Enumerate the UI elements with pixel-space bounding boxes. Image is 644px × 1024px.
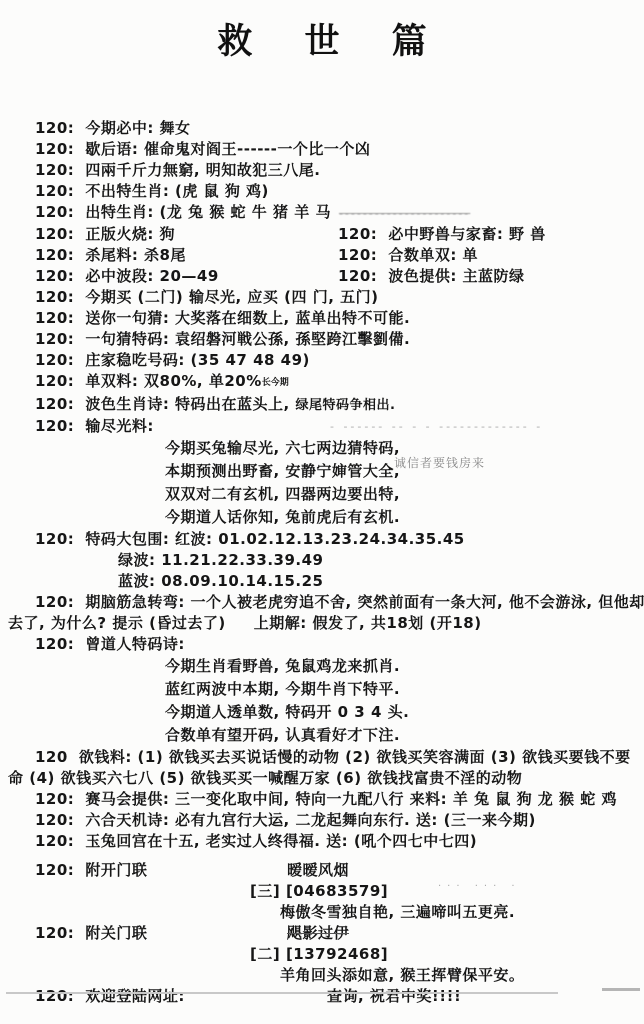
row-big-cover-blue: 蓝波: 08.09.10.14.15.25 [118, 571, 640, 592]
row-guess-special: 120:一句猜特码: 袁绍磐河戦公孫, 孫堅跨江擊劉備. [35, 329, 640, 350]
yuqian-text: 欲钱料: (1) 欲钱买去买说话慢的动物 (2) 欲钱买笑容满面 (3) 欲钱买… [79, 748, 631, 766]
row-text: 合数单双: 单 [388, 246, 478, 264]
row-text: 必中野兽与家畜: 野 兽 [388, 225, 545, 243]
row-one-guess: 120:送你一句猜: 大奖落在细数上, 蓝单出特不可能. [35, 308, 640, 329]
row-text: 六合天机诗: 必有九宫行大运, 二龙起舞向东行. 送: (三一来今期) [85, 811, 536, 829]
issue-number: 120: [35, 330, 74, 348]
issue-number: 120: [35, 288, 74, 306]
row-big-cover-green: 绿波: 11.21.22.33.39.49 [118, 550, 640, 571]
oddeven-note: 长今期 [262, 378, 289, 388]
row-xiehouyu: 120:歇后语: 催命鬼对阎王------一个比一个凶 [35, 139, 640, 160]
watermark-text: 诚信者要钱房来 [394, 454, 485, 471]
issue-number: 120: [35, 987, 74, 1005]
issue-number: 120: [338, 225, 377, 243]
shujinguang-poem-line: 今期道人话你知, 兔前虎后有玄机. [165, 506, 640, 529]
number-string: [04683579] [286, 882, 388, 900]
row-fire-vs-beast: 120:正版火烧: 狗120:必中野兽与家畜: 野 兽 [35, 224, 640, 245]
issue-number: 120: [35, 395, 74, 413]
issue-number: 120: [35, 351, 74, 369]
row-text: 四兩千斤力無窮, 明知故犯三八尾. [85, 161, 320, 179]
shujinguang-poem-line: 双双对二有玄机, 四器两边要出特, [165, 483, 640, 506]
row-text: 不出特生肖: (虎 鼠 狗 鸡) [85, 182, 269, 200]
row-text: 单双料: 双80%, 单20% [85, 372, 261, 390]
section-label: 输尽光料: [85, 417, 154, 435]
row-included-zodiac: 120:出特生肖: (龙 兔 猴 蛇 牛 猪 羊 马--------------… [35, 202, 640, 224]
row-jockey-club: 120:赛马会提供: 三一变化取中间, 特向一九配八行 来料: 羊 兔 鼠 狗 … [35, 789, 640, 810]
yuqian-text-cont: 命 (4) 欲钱买六七八 (5) 欲钱买买一喊醒万家 (6) 欲钱找富贵不淫的动… [8, 769, 522, 787]
row-closing-couplet-label: 120:附关门联飓影过伊 [35, 923, 640, 944]
pair-right: 120:必中野兽与家畜: 野 兽 [338, 225, 546, 243]
issue-number: 120: [35, 417, 74, 435]
closing-couplet-verse: 羊角回头添如意, 猴王挥臂保平安。 [280, 965, 640, 986]
row-banker-numbers: 120:庄家稳吃号码: (35 47 48 49) [35, 350, 640, 371]
red-wave-label: 红波: [175, 530, 213, 548]
row-text: 赛马会提供: 三一变化取中间, 特向一九配八行 来料: 羊 兔 鼠 狗 龙 猴 … [85, 790, 617, 808]
issue-number: 120: [35, 225, 74, 243]
issue-number: 120: [35, 832, 74, 850]
section-label: 附开门联 [85, 861, 147, 879]
row-text: 正版火烧: 狗 [85, 225, 175, 243]
green-wave-label: 绿波: [118, 551, 156, 569]
row-zengdaoren-label: 120:曾道人特码诗: [35, 634, 640, 655]
footer-text: 查询, 祝君中奖!!!! [327, 986, 461, 1007]
pair-right: 120:波色提供: 主蓝防绿 [338, 267, 525, 285]
row-odd-even-ratio: 120:单双料: 双80%, 单20%长今期 [35, 371, 640, 394]
row-text: 杀尾料: 杀8尾 [85, 246, 186, 264]
blue-wave-label: 蓝波: [118, 572, 156, 590]
row-gate-advice: 120:今期买 (二门) 输尽光, 应买 (四 门, 五门) [35, 287, 640, 308]
row-tail-hint: 120:四兩千斤力無窮, 明知故犯三八尾. [35, 160, 640, 181]
issue-number: 120: [35, 635, 74, 653]
opening-couplet-head: 暧暧风烟 [287, 860, 349, 881]
pair-left: 120:正版火烧: 狗 [35, 224, 338, 245]
row-text: 今期必中: 舞女 [85, 119, 190, 137]
closing-couplet-head: 飓影过伊 [287, 923, 349, 944]
pair-right: 120:合数单双: 单 [338, 246, 478, 264]
pair-left: 120:必中波段: 20—49 [35, 266, 338, 287]
row-yuqian-line1: 120欲钱料: (1) 欲钱买去买说话慢的动物 (2) 欲钱买笑容满面 (3) … [35, 747, 640, 768]
issue-number: 120: [35, 119, 74, 137]
row-text: 出特生肖: (龙 兔 猴 蛇 牛 猪 羊 马 [85, 203, 331, 221]
issue-number: 120: [338, 267, 377, 285]
row-text: 歇后语: 催命鬼对阎王------一个比一个凶 [85, 140, 370, 158]
green-wave-numbers: 11.21.22.33.39.49 [161, 551, 323, 569]
row-excluded-zodiac: 120:不出特生肖: (虎 鼠 狗 鸡) [35, 181, 640, 202]
row-tianji-poem: 120:六合天机诗: 必有九宫行大运, 二龙起舞向东行. 送: (三一来今期) [35, 810, 640, 831]
zengdaoren-poem-line: 今期道人透单数, 特码开 0 3 4 头. [165, 701, 640, 724]
issue-number: 120: [35, 267, 74, 285]
red-wave-numbers: 01.02.12.13.23.24.34.35.45 [218, 530, 464, 548]
sheet-content: 120:今期必中: 舞女 120:歇后语: 催命鬼对阎王------一个比一个凶… [8, 118, 640, 1007]
row-jade-rabbit: 120:玉兔回宫在十五, 老实过人终得福. 送: (吼个四七中七四) [35, 831, 640, 852]
issue-number: 120: [35, 593, 74, 611]
row-opening-couplet-label: 120:附开门联暧暧风烟 [35, 860, 640, 881]
issue-number: 120: [35, 924, 74, 942]
bottom-corner-mark [602, 988, 640, 991]
issue-number: 120: [35, 309, 74, 327]
bottom-scan-line [6, 992, 558, 994]
issue-number: 120 [35, 748, 68, 766]
section-label: 附关门联 [85, 924, 147, 942]
number-string: [13792468] [286, 945, 388, 963]
issue-number: 120: [35, 182, 74, 200]
issue-number: 120: [35, 530, 74, 548]
zengdaoren-poem-line: 蓝红两波中本期, 今期牛肖下特平. [165, 678, 640, 701]
row-text: 送你一句猜: 大奖落在细数上, 蓝单出特不可能. [85, 309, 410, 327]
row-big-cover-red: 120:特码大包围: 红波: 01.02.12.13.23.24.34.35.4… [35, 529, 640, 550]
section-label: 特码大包围: [85, 530, 169, 548]
riddle-text: 期脑筋急转弯: 一个人被老虎穷追不舍, 突然前面有一条大河, 他不会游泳, 但他… [85, 593, 644, 611]
scanned-lottery-sheet: 救 世 篇 120:今期必中: 舞女 120:歇后语: 催命鬼对阎王------… [0, 0, 644, 1024]
issue-number: 120: [35, 246, 74, 264]
zengdaoren-poem-line: 合数单有望开码, 认真看好才下注. [165, 724, 640, 747]
row-must-hit: 120:今期必中: 舞女 [35, 118, 640, 139]
issue-number: 120: [35, 790, 74, 808]
opening-couplet-verse: 梅傲冬雪独自艳, 三遍啼叫五更亮. [280, 902, 640, 923]
bracket-tag: [二] [250, 945, 280, 963]
blue-wave-numbers: 08.09.10.14.15.25 [161, 572, 323, 590]
issue-number: 120: [338, 246, 377, 264]
issue-number: 120: [35, 811, 74, 829]
row-yuqian-line2: 命 (4) 欲钱买六七八 (5) 欲钱买买一喊醒万家 (6) 欲钱找富贵不淫的动… [8, 768, 640, 789]
row-text: 波色提供: 主蓝防绿 [388, 267, 524, 285]
bracket-tag: [三] [250, 882, 280, 900]
row-wave-zodiac-poem: 120:波色生肖诗: 特码出在蓝头上, 绿尾特码争相出. [35, 394, 640, 416]
row-text: 波色生肖诗: 特码出在蓝头上, [85, 395, 289, 413]
row-kill-tail-vs-oddeven: 120:杀尾料: 杀8尾120:合数单双: 单 [35, 245, 640, 266]
closing-couplet-numbers: [二] [13792468] [250, 944, 640, 965]
page-title: 救 世 篇 [0, 0, 644, 64]
zengdaoren-poem-line: 今期生肖看野兽, 兔鼠鸡龙来抓肖. [165, 655, 640, 678]
row-website-footer: 120:欢迎登陆网址:查询, 祝君中奖!!!! [35, 986, 640, 1007]
row-riddle-line2: 去了, 为什么? 提示 (昏过去了)上期解: 假发了, 共18划 (开18) [8, 613, 640, 634]
row-text: 今期买 (二门) 输尽光, 应买 (四 门, 五门) [85, 288, 378, 306]
issue-number: 120: [35, 161, 74, 179]
issue-number: 120: [35, 140, 74, 158]
row-text: 一句猜特码: 袁绍磐河戦公孫, 孫堅跨江擊劉備. [85, 330, 410, 348]
pair-left: 120:杀尾料: 杀8尾 [35, 245, 338, 266]
riddle-text-cont: 去了, 为什么? 提示 (昏过去了) [8, 614, 226, 632]
row-text: 必中波段: 20—49 [85, 267, 218, 285]
section-gap [8, 852, 640, 860]
scan-dash-artifact: - ------ -- - - ------------- - [330, 420, 543, 433]
row-riddle-line1: 120:期脑筋急转弯: 一个人被老虎穷追不舍, 突然前面有一条大河, 他不会游泳… [35, 592, 640, 613]
row-text: 庄家稳吃号码: (35 47 48 49) [85, 351, 310, 369]
footer-label: 欢迎登陆网址: [85, 987, 185, 1005]
issue-number: 120: [35, 372, 74, 390]
illegible-smudge: ---------------------- [339, 207, 470, 220]
issue-number: 120: [35, 861, 74, 879]
issue-number: 120: [35, 203, 74, 221]
scan-dot-artifact: ... ... . [438, 878, 521, 889]
wavepoem-small-text: 绿尾特码争相出. [295, 398, 395, 413]
riddle-previous-answer: 上期解: 假发了, 共18划 (开18) [254, 614, 482, 632]
section-label: 曾道人特码诗: [85, 635, 185, 653]
row-text: 玉兔回宫在十五, 老实过人终得福. 送: (吼个四七中七四) [85, 832, 477, 850]
row-range-vs-wavecolor: 120:必中波段: 20—49120:波色提供: 主蓝防绿 [35, 266, 640, 287]
